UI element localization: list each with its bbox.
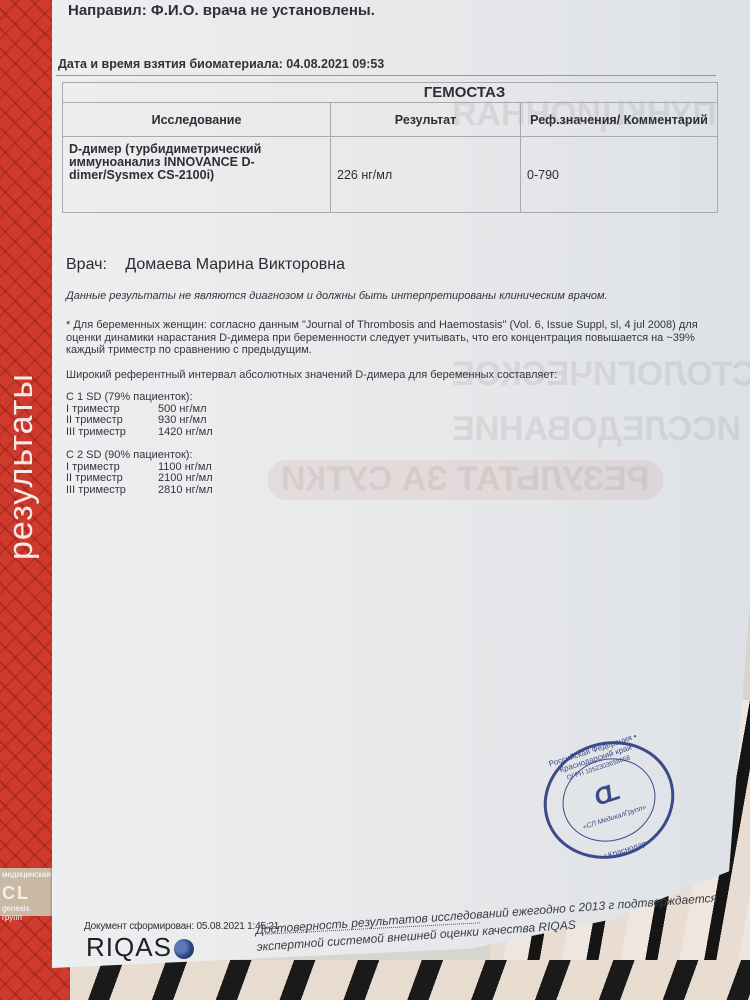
generated-label: Документ сформирован:	[84, 921, 194, 932]
globe-icon	[174, 939, 194, 959]
doctor-line: Врач: Домаева Марина Викторовна	[66, 256, 345, 274]
trimester: III триместр	[66, 427, 158, 439]
divider	[56, 75, 716, 76]
riqas-logo-text: RIQAS	[86, 932, 172, 962]
sd-row: III триместр1420 нг/мл	[66, 427, 213, 439]
document-generated: Документ сформирован: 05.08.2021 1:45:21	[84, 921, 279, 932]
show-through-text: РЕЗУЛЬТАТ ЗА СУТКИ	[267, 460, 663, 500]
study-name: D-димер (турбидиметрический иммуноанализ…	[63, 137, 331, 213]
column-header-reference: Реф.значения/ Комментарий	[521, 103, 718, 137]
section-title: ГЕМОСТАЗ	[63, 83, 718, 103]
sd-row: III триместр2810 нг/мл	[66, 485, 213, 497]
folder-logo: медицинская CL genesis групп	[0, 868, 52, 916]
reference-value: 0-790	[521, 137, 718, 213]
doctor-name: Домаева Марина Викторовна	[125, 256, 345, 273]
sd-row: II триместр2100 нг/мл	[66, 473, 213, 485]
referrer-line: Направил: Ф.И.О. врача не установлены.	[68, 2, 375, 19]
sd-group-2: С 2 SD (90% пациенток): I триместр1100 н…	[66, 450, 213, 496]
disclaimer: Данные результаты не являются диагнозом …	[66, 290, 608, 302]
trimester-value: 2810 нг/мл	[158, 485, 213, 497]
referrer-value: Ф.И.О. врача не установлены.	[151, 2, 375, 19]
column-header-study: Исследование	[63, 103, 331, 137]
sample-datetime-value: 04.08.2021 09:53	[286, 57, 384, 71]
sd-group-1: С 1 SD (79% пациенток): I триместр500 нг…	[66, 392, 213, 438]
result-value: 226 нг/мл	[331, 137, 521, 213]
trimester: II триместр	[66, 415, 158, 427]
sd-group-title: С 1 SD (79% пациенток):	[66, 392, 213, 404]
trimester: III триместр	[66, 485, 158, 497]
riqas-logo: RIQAS	[86, 932, 194, 963]
results-table: ГЕМОСТАЗ Исследование Результат Реф.знач…	[62, 82, 718, 213]
trimester-value: 930 нг/мл	[158, 415, 207, 427]
column-header-result: Результат	[331, 103, 521, 137]
folder-logo-mark: CL	[2, 883, 48, 904]
trimester-value: 2100 нг/мл	[158, 473, 213, 485]
sample-datetime: Дата и время взятия биоматериала: 04.08.…	[58, 57, 384, 71]
wide-interval-text: Широкий референтный интервал абсолютных …	[66, 369, 557, 381]
doctor-label: Врач:	[66, 256, 107, 273]
folder-logo-top: медицинская	[2, 870, 48, 879]
show-through-text: ИССЛЕДОВАНИЕ	[452, 410, 741, 449]
folder-logo-bottom: genesis групп	[2, 904, 48, 922]
trimester: II триместр	[66, 473, 158, 485]
background-striped-cloth-bottom	[60, 960, 750, 1000]
referrer-label: Направил:	[68, 2, 147, 19]
sd-row: II триместр930 нг/мл	[66, 415, 213, 427]
folder-vertical-text: результаты	[2, 373, 41, 560]
trimester-value: 1420 нг/мл	[158, 427, 213, 439]
sample-datetime-label: Дата и время взятия биоматериала:	[58, 57, 283, 71]
pregnancy-note: * Для беременных женщин: согласно данным…	[66, 319, 716, 357]
sd-group-title: С 2 SD (90% пациенток):	[66, 450, 213, 462]
table-row: D-димер (турбидиметрический иммуноанализ…	[63, 137, 718, 213]
